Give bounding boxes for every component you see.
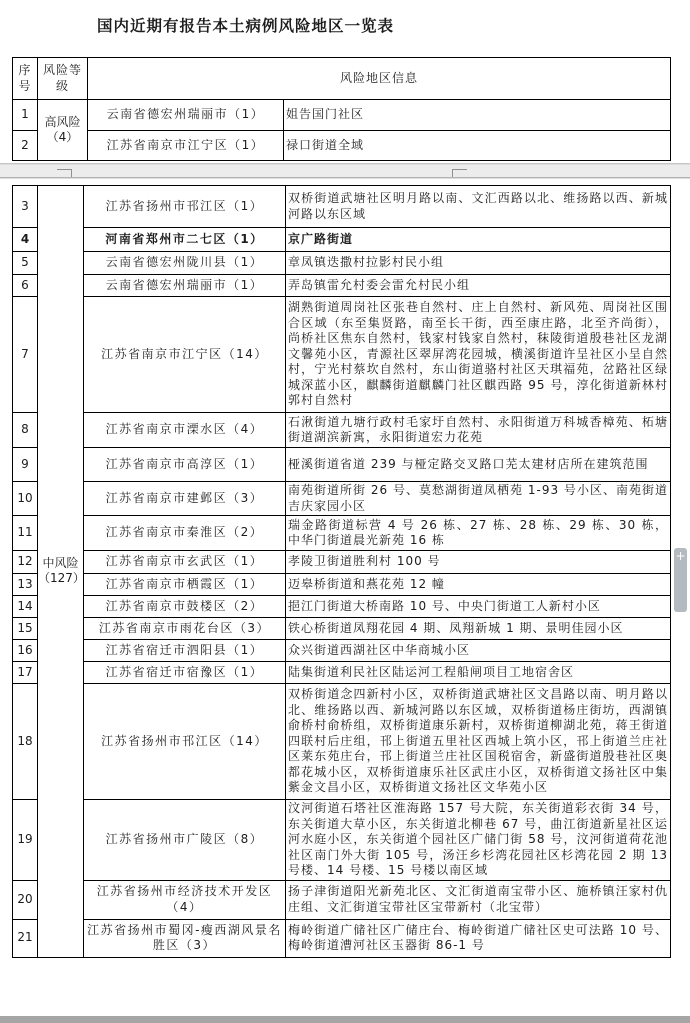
document-page-2: 3 中风险 （127） 江苏省扬州市邗江区（1） 双桥街道武塘社区明月路以南、文…	[0, 179, 690, 1016]
row-number: 5	[13, 252, 38, 275]
page-gap-bottom	[0, 1016, 690, 1023]
region-cell: 江苏省南京市高淳区（1）	[84, 448, 286, 482]
table-row: 20 江苏省扬州市经济技术开发区（4） 扬子津街道阳光新苑北区、文汇街道南宝带小…	[13, 880, 671, 919]
detail-cell: 桠溪街道省道 239 与桠定路交叉路口芜太建材店所在建筑范围	[286, 448, 671, 482]
document-title: 国内近期有报告本土病例风险地区一览表	[97, 14, 394, 36]
row-number: 15	[13, 618, 38, 640]
row-number: 20	[13, 880, 38, 919]
row-number: 8	[13, 413, 38, 448]
region-cell: 江苏省南京市雨花台区（3）	[84, 618, 286, 640]
region-cell: 江苏省南京市建邺区（3）	[84, 482, 286, 516]
header-serial: 序号	[13, 58, 38, 100]
detail-cell: 章凤镇迭撒村拉影村民小组	[286, 252, 671, 275]
table-row: 17 江苏省宿迁市宿豫区（1） 陆集街道利民社区陆运河工程船闸项目工地宿舍区	[13, 662, 671, 684]
row-number: 12	[13, 551, 38, 574]
document-page-1: 国内近期有报告本土病例风险地区一览表 序号 风险等级 风险地区信息 1 高风险 …	[0, 0, 690, 164]
table-row: 12 江苏省南京市玄武区（1） 孝陵卫街道胜利村 100 号	[13, 551, 671, 574]
risk-level-high-cell: 高风险 （4）	[38, 100, 88, 161]
detail-cell: 陆集街道利民社区陆运河工程船闸项目工地宿舍区	[286, 662, 671, 684]
row-number: 9	[13, 448, 38, 482]
table-row: 13 江苏省南京市栖霞区（1） 迈皋桥街道和燕花苑 12 幢	[13, 574, 671, 596]
detail-cell: 汶河街道石塔社区淮海路 157 号大院，东关街道彩衣街 34 号，东关街道大草小…	[286, 800, 671, 881]
detail-cell: 禄口街道全域	[284, 131, 671, 161]
detail-cell: 众兴街道西湖社区中华商城小区	[286, 640, 671, 662]
detail-cell: 弄岛镇雷允村委会雷允村民小组	[286, 275, 671, 297]
detail-cell: 石湫街道九塘行政村毛家圩自然村、永阳街道万科城香樟苑、柘塘街道湖滨新寓，永阳街道…	[286, 413, 671, 448]
detail-cell: 迈皋桥街道和燕花苑 12 幢	[286, 574, 671, 596]
page-gap	[0, 165, 690, 178]
region-cell: 江苏省扬州市广陵区（8）	[84, 800, 286, 881]
detail-cell: 孝陵卫街道胜利村 100 号	[286, 551, 671, 574]
row-number: 2	[13, 131, 38, 161]
region-cell: 云南省德宏州瑞丽市（1）	[84, 275, 286, 297]
row-number: 14	[13, 596, 38, 618]
table-row: 18 江苏省扬州市邗江区（14） 双桥街道念四新村小区，双桥街道武塘社区文昌路以…	[13, 684, 671, 800]
row-number: 21	[13, 919, 38, 957]
detail-cell: 瑞金路街道标营 4 号 26 栋、27 栋、28 栋、29 栋、30 栋，中华门…	[286, 516, 671, 551]
table-row: 14 江苏省南京市鼓楼区（2） 挹江门街道大桥南路 10 号、中央门街道工人新村…	[13, 596, 671, 618]
region-cell: 江苏省扬州市邗江区（14）	[84, 684, 286, 800]
row-number: 4	[13, 228, 38, 252]
row-number: 18	[13, 684, 38, 800]
detail-cell: 南苑街道所街 26 号、莫愁湖街道凤栖苑 1-93 号小区、南苑街道吉庆家园小区	[286, 482, 671, 516]
region-cell: 江苏省扬州市蜀冈-瘦西湖风景名胜区（3）	[84, 919, 286, 957]
risk-level-medium-label: 中风险	[38, 556, 83, 572]
margin-mark-top-left	[57, 169, 72, 177]
row-number: 11	[13, 516, 38, 551]
table-row: 9 江苏省南京市高淳区（1） 桠溪街道省道 239 与桠定路交叉路口芜太建材店所…	[13, 448, 671, 482]
row-number: 19	[13, 800, 38, 881]
table-row: 21 江苏省扬州市蜀冈-瘦西湖风景名胜区（3） 梅岭街道广储社区广储庄台、梅岭街…	[13, 919, 671, 957]
region-cell: 江苏省南京市江宁区（1）	[88, 131, 284, 161]
table-row: 7 江苏省南京市江宁区（14） 湖熟街道周岗社区张巷自然村、庄上自然村、新风苑、…	[13, 297, 671, 413]
table-row: 4 河南省郑州市二七区（1） 京广路街道	[13, 228, 671, 252]
plus-icon[interactable]: +	[674, 548, 687, 564]
region-cell: 河南省郑州市二七区（1）	[84, 228, 286, 252]
row-number: 7	[13, 297, 38, 413]
region-cell: 江苏省南京市江宁区（14）	[84, 297, 286, 413]
region-cell: 江苏省南京市栖霞区（1）	[84, 574, 286, 596]
scrollbar-thumb[interactable]: +	[674, 548, 687, 612]
row-number: 3	[13, 186, 38, 228]
detail-cell: 梅岭街道广储社区广储庄台、梅岭街道广储社区史可法路 10 号、梅岭街道漕河社区玉…	[286, 919, 671, 957]
header-risk-info: 风险地区信息	[88, 58, 671, 100]
region-cell: 江苏省南京市鼓楼区（2）	[84, 596, 286, 618]
region-cell: 云南省德宏州瑞丽市（1）	[88, 100, 284, 131]
detail-cell: 京广路街道	[286, 228, 671, 252]
table-row: 11 江苏省南京市秦淮区（2） 瑞金路街道标营 4 号 26 栋、27 栋、28…	[13, 516, 671, 551]
detail-cell: 扬子津街道阳光新苑北区、文汇街道南宝带小区、施桥镇汪家村仇庄组、文汇街道宝带社区…	[286, 880, 671, 919]
region-cell: 江苏省宿迁市宿豫区（1）	[84, 662, 286, 684]
row-number: 16	[13, 640, 38, 662]
table-row: 5 云南省德宏州陇川县（1） 章凤镇迭撒村拉影村民小组	[13, 252, 671, 275]
detail-cell: 湖熟街道周岗社区张巷自然村、庄上自然村、新风苑、周岗社区围合区域（东至集贤路，南…	[286, 297, 671, 413]
row-number: 6	[13, 275, 38, 297]
table-row: 10 江苏省南京市建邺区（3） 南苑街道所街 26 号、莫愁湖街道凤栖苑 1-9…	[13, 482, 671, 516]
row-number: 1	[13, 100, 38, 131]
detail-cell: 双桥街道武塘社区明月路以南、文汇西路以北、维扬路以西、新城河路以东区域	[286, 186, 671, 228]
detail-cell: 铁心桥街道凤翔花园 4 期、凤翔新城 1 期、景明佳园小区	[286, 618, 671, 640]
risk-level-high-label: 高风险	[38, 115, 87, 131]
table-row: 3 中风险 （127） 江苏省扬州市邗江区（1） 双桥街道武塘社区明月路以南、文…	[13, 186, 671, 228]
header-risk-level: 风险等级	[38, 58, 88, 100]
table-row: 1 高风险 （4） 云南省德宏州瑞丽市（1） 姐告国门社区	[13, 100, 671, 131]
region-cell: 江苏省扬州市邗江区（1）	[84, 186, 286, 228]
risk-level-medium-cell: 中风险 （127）	[38, 186, 84, 958]
risk-area-table-page2: 3 中风险 （127） 江苏省扬州市邗江区（1） 双桥街道武塘社区明月路以南、文…	[12, 185, 671, 958]
table-header-row: 序号 风险等级 风险地区信息	[13, 58, 671, 100]
region-cell: 江苏省南京市秦淮区（2）	[84, 516, 286, 551]
region-cell: 云南省德宏州陇川县（1）	[84, 252, 286, 275]
detail-cell: 双桥街道念四新村小区，双桥街道武塘社区文昌路以南、明月路以北、维扬路以西、新城河…	[286, 684, 671, 800]
region-cell: 江苏省宿迁市泗阳县（1）	[84, 640, 286, 662]
region-cell: 江苏省扬州市经济技术开发区（4）	[84, 880, 286, 919]
margin-mark-top-right	[452, 169, 467, 177]
risk-level-high-count: （4）	[38, 130, 87, 146]
detail-cell: 姐告国门社区	[284, 100, 671, 131]
risk-area-table-page1: 序号 风险等级 风险地区信息 1 高风险 （4） 云南省德宏州瑞丽市（1） 姐告…	[12, 57, 671, 161]
region-cell: 江苏省南京市溧水区（4）	[84, 413, 286, 448]
table-row: 15 江苏省南京市雨花台区（3） 铁心桥街道凤翔花园 4 期、凤翔新城 1 期、…	[13, 618, 671, 640]
row-number: 17	[13, 662, 38, 684]
detail-cell: 挹江门街道大桥南路 10 号、中央门街道工人新村小区	[286, 596, 671, 618]
table-row: 19 江苏省扬州市广陵区（8） 汶河街道石塔社区淮海路 157 号大院，东关街道…	[13, 800, 671, 881]
table-row: 16 江苏省宿迁市泗阳县（1） 众兴街道西湖社区中华商城小区	[13, 640, 671, 662]
region-cell: 江苏省南京市玄武区（1）	[84, 551, 286, 574]
table-row: 2 江苏省南京市江宁区（1） 禄口街道全域	[13, 131, 671, 161]
row-number: 13	[13, 574, 38, 596]
table-row: 8 江苏省南京市溧水区（4） 石湫街道九塘行政村毛家圩自然村、永阳街道万科城香樟…	[13, 413, 671, 448]
risk-level-medium-count: （127）	[38, 571, 83, 587]
row-number: 10	[13, 482, 38, 516]
table-row: 6 云南省德宏州瑞丽市（1） 弄岛镇雷允村委会雷允村民小组	[13, 275, 671, 297]
